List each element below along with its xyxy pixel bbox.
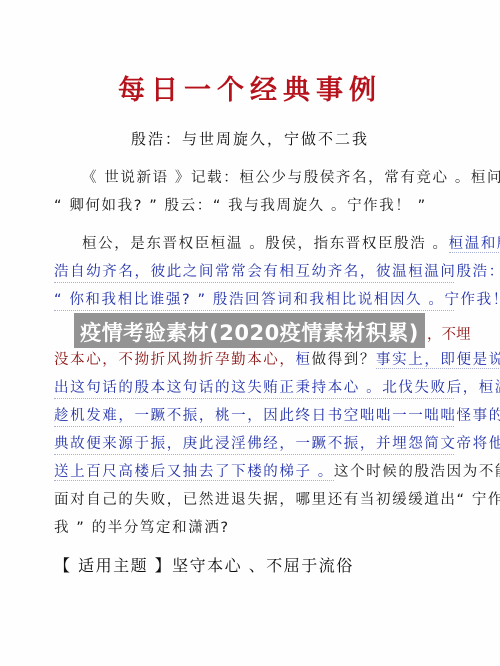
paragraph-2-line-5: 没本心，不拗折风拗折孕勤本心，桓做得到？事实上，即便是说 — [54, 350, 454, 370]
paragraph-2-line-5-red: 没本心，不拗折风拗折孕勤本心， — [54, 352, 296, 368]
paragraph-2-line-1: 桓公，是东晋权臣桓温 。殷侯，指东晋权臣殷浩 。桓温和殷 — [54, 234, 482, 254]
page-title: 每日一个经典事例 — [0, 68, 500, 107]
overlay-title-banner: 疫情考验素材(2020疫情素材积累) — [74, 313, 425, 348]
paragraph-2-line-9-black: 这个时候的殷浩因为不能 — [334, 464, 500, 480]
paragraph-2-line-5-black: 做得到？ — [312, 352, 376, 368]
paragraph-2-line-8: 典故便来源于振，庚此浸淫佛经，一蹶不振，并埋怨简文帝将他 — [54, 434, 454, 455]
paragraph-1-line-1: 《 世说新语 》记载：桓公少与殷侯齐名，常有竞心 。桓问殷： — [54, 168, 482, 188]
paragraph-2-line-2: 浩自幼齐名，彼此之间常常会有相互幼齐名，彼温桓温问殷浩： — [54, 262, 454, 283]
paragraph-2-line-5-blue-2: 事实上，即便是说 — [376, 352, 500, 369]
paragraph-2-line-5-blue: 桓 — [296, 352, 312, 368]
paragraph-2-line-3: “ 你和我相比谁强? ” 殷浩回答词和我相比说相因久 。宁作我！ ” — [54, 290, 454, 311]
paragraph-2-line-9: 送上百尺高楼后又抽去了下楼的梯子 。这个时候的殷浩因为不能 — [54, 462, 454, 482]
paragraph-2-line-1-text: 桓公，是东晋权臣桓温 。殷侯，指东晋权臣殷浩 。 — [82, 236, 449, 252]
paragraph-2-line-11: 我 ” 的半分笃定和潇洒? — [54, 518, 454, 538]
paragraph-2-line-7: 趁机发难，一蹶不振，桃一，因此终日书空咄咄一一咄咄怪事的 — [54, 406, 454, 427]
document-page: 每日一个经典事例 殷浩：与世周旋久，宁做不二我 《 世说新语 》记载：桓公少与殷… — [0, 0, 500, 666]
paragraph-2-line-6: 出这句话的殷本这句话的这失贿正秉持本心 。北伐失败后，桓温 — [54, 378, 454, 399]
paragraph-2-line-4-tail: ，不埋 — [427, 323, 471, 344]
paragraph-1-line-2: “ 卿何如我? ” 殷云：“ 我与我周旋久 。宁作我！ ” — [54, 196, 454, 216]
paragraph-2-line-1-highlight: 桓温和殷 — [449, 236, 500, 253]
page-subtitle: 殷浩：与世周旋久，宁做不二我 — [0, 128, 500, 149]
overlay-title-text: 疫情考验素材(2020疫情素材积累) — [74, 317, 425, 347]
paragraph-2-line-9-blue: 送上百尺高楼后又抽去了下楼的梯子 。 — [54, 464, 334, 481]
applicable-theme: 【 适用主题 】坚守本心 、不屈于流俗 — [54, 553, 354, 576]
paragraph-2-line-10: 面对自己的失败，已然进退失据，哪里还有当初缓缓道出“ 宁作 — [54, 490, 454, 510]
